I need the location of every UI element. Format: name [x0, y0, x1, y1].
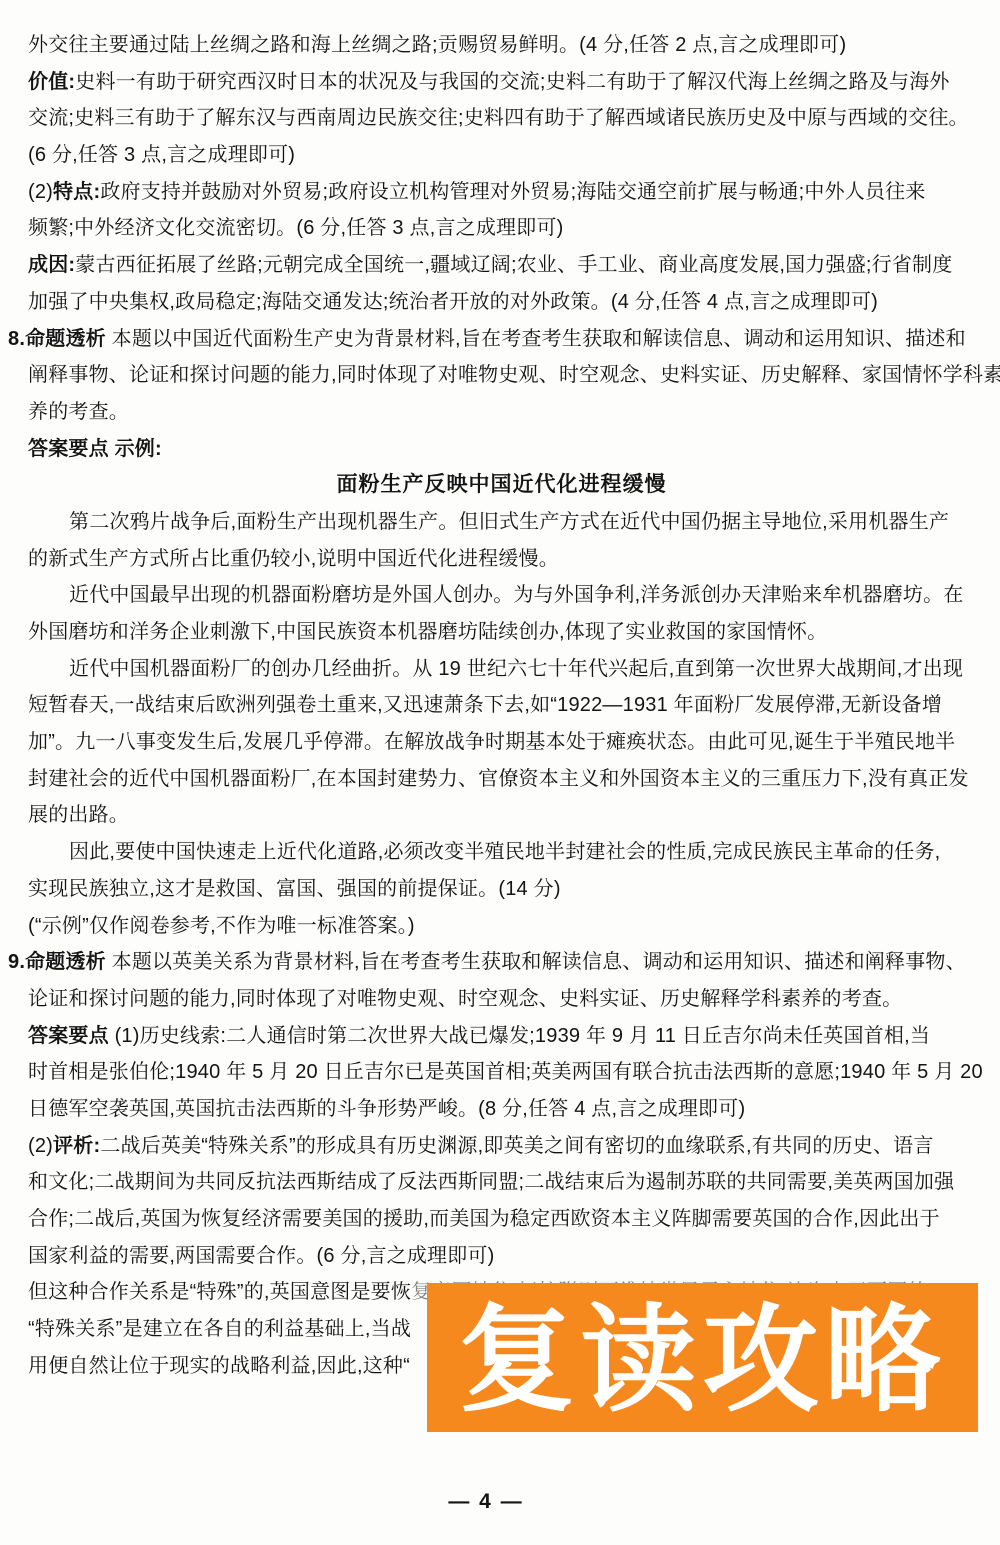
text-segment: 时首相是张伯伦;1940 年 5 月 20 日丘吉尔已是英国首相;英美两国有联合…: [28, 1061, 983, 1083]
text-line: 答案要点 示例:: [28, 431, 975, 468]
text-line: 实现民族独立,这才是救国、富国、强国的前提保证。(14 分): [28, 871, 975, 908]
text-line: (6 分,任答 3 点,言之成理即可): [28, 137, 975, 174]
text-segment: 政府支持并鼓励对外贸易;政府设立机构管理对外贸易;海陆交通空前扩展与畅通;中外人…: [100, 181, 925, 203]
text-line: 养的考查。: [28, 394, 975, 431]
text-segment: 实现民族独立,这才是救国、富国、强国的前提保证。(14 分): [28, 878, 561, 900]
text-line: 短暂春天,一战结束后欧洲列强卷土重来,又迅速萧条下去,如“1922—1931 年…: [28, 687, 975, 724]
promo-banner: 复读攻略: [427, 1283, 978, 1432]
text-segment: 答案要点: [28, 1025, 109, 1047]
text-segment: 加”。九一八事变发生后,发展几乎停滞。在解放战争时期基本处于瘫痪状态。由此可见,…: [28, 731, 955, 753]
text-line: 封建社会的近代中国机器面粉厂,在本国封建势力、官僚资本主义和外国资本主义的三重压…: [28, 761, 975, 798]
text-line: 和文化;二战期间为共同反抗法西斯结成了反法西斯同盟;二战结束后为遏制苏联的共同需…: [28, 1164, 975, 1201]
text-segment: 加强了中央集权,政局稳定;海陆交通发达;统治者开放的对外政策。(4 分,任答 4…: [28, 291, 878, 313]
text-segment: 交流;史料三有助于了解东汉与西南周边民族交往;史料四有助于了解西域诸民族历史及中…: [28, 107, 969, 129]
text-segment: 评析:: [53, 1135, 100, 1157]
essay-title: 面粉生产反映中国近代化进程缓慢: [28, 467, 975, 504]
text-line: 阐释事物、论证和探讨问题的能力,同时体现了对唯物史观、时空观念、史料实证、历史解…: [28, 357, 975, 394]
text-segment: 第二次鸦片战争后,面粉生产出现机器生产。但旧式生产方式在近代中国仍据主导地位,采…: [69, 511, 949, 533]
text-segment: (2): [28, 1135, 53, 1157]
text-segment: 日德军空袭英国,英国抗击法西斯的斗争形势严峻。(8 分,任答 4 点,言之成理即…: [28, 1098, 745, 1120]
text-segment: 养的考查。: [28, 401, 129, 423]
text-segment: (“示例”仅作阅卷参考,不作为唯一标准答案。): [28, 915, 415, 937]
text-segment: (2): [28, 181, 53, 203]
text-segment: 展的出路。: [28, 804, 129, 826]
text-segment: 但这种合作关系是“特殊”的,英国意图是要恢: [28, 1281, 411, 1303]
text-line: 价值:史料一有助于研究西汉时日本的状况及与我国的交流;史料二有助于了解汉代海上丝…: [28, 64, 975, 101]
text-segment: 的新式生产方式所占比重仍较小,说明中国近代化进程缓慢。: [28, 548, 559, 570]
text-line: 成因:蒙古西征拓展了丝路;元朝完成全国统一,疆域辽阔;农业、手工业、商业高度发展…: [28, 247, 975, 284]
text-segment: 近代中国机器面粉厂的创办几经曲折。从 19 世纪六七十年代兴起后,直到第一次世界…: [69, 658, 963, 680]
text-segment: 答案要点: [28, 438, 109, 460]
text-segment: 史料一有助于研究西汉时日本的状况及与我国的交流;史料二有助于了解汉代海上丝绸之路…: [75, 71, 949, 93]
text-segment: 蒙古西征拓展了丝路;元朝完成全国统一,疆域辽阔;农业、手工业、商业高度发展,国力…: [75, 254, 952, 276]
text-segment: “特殊关系”是建立在各自的利益基础上,当战: [28, 1318, 411, 1340]
text-line: 加”。九一八事变发生后,发展几乎停滞。在解放战争时期基本处于瘫痪状态。由此可见,…: [28, 724, 975, 761]
text-segment: 近代中国最早出现的机器面粉磨坊是外国人创办。为与外国争利,洋务派创办天津贻来牟机…: [69, 584, 964, 606]
text-line: 合作;二战后,英国为恢复经济需要美国的援助,而美国为稳定西欧资本主义阵脚需要英国…: [28, 1201, 975, 1238]
text-line: (2)评析:二战后英美“特殊关系”的形成具有历史渊源,即英美之间有密切的血缘联系…: [28, 1128, 975, 1165]
text-segment: 特点:: [53, 181, 100, 203]
text-segment: 面粉生产反映中国近代化进程缓慢: [337, 473, 667, 496]
text-segment: 用便自然让位于现实的战略利益,因此,这种“: [28, 1355, 410, 1377]
text-line: 第二次鸦片战争后,面粉生产出现机器生产。但旧式生产方式在近代中国仍据主导地位,采…: [28, 504, 975, 541]
text-segment: 价值:: [28, 71, 75, 93]
text-line: 8.命题透析 本题以中国近代面粉生产史为背景材料,旨在考查考生获取和解读信息、调…: [8, 321, 975, 358]
text-line: 因此,要使中国快速走上近代化道路,必须改变半殖民地半封建社会的性质,完成民族民主…: [28, 834, 975, 871]
text-segment: 本题以英美关系为背景材料,旨在考查考生获取和解读信息、调动和运用知识、描述和阐释…: [106, 951, 966, 973]
text-segment: 成因:: [28, 254, 75, 276]
text-line: 交流;史料三有助于了解东汉与西南周边民族交往;史料四有助于了解西域诸民族历史及中…: [28, 100, 975, 137]
text-line: 9.命题透析 本题以英美关系为背景材料,旨在考查考生获取和解读信息、调动和运用知…: [8, 944, 975, 981]
page-number: — 4 —: [0, 1490, 972, 1514]
text-segment: 9.命题透析: [8, 951, 106, 973]
text-segment: (6 分,任答 3 点,言之成理即可): [28, 144, 295, 166]
text-line: 的新式生产方式所占比重仍较小,说明中国近代化进程缓慢。: [28, 541, 975, 578]
text-segment: 8.命题透析: [8, 328, 106, 350]
text-line: (“示例”仅作阅卷参考,不作为唯一标准答案。): [28, 908, 975, 945]
text-line: 时首相是张伯伦;1940 年 5 月 20 日丘吉尔已是英国首相;英美两国有联合…: [28, 1054, 975, 1091]
text-line: 频繁;中外经济文化交流密切。(6 分,任答 3 点,言之成理即可): [28, 210, 975, 247]
text-line: 论证和探讨问题的能力,同时体现了对唯物史观、时空观念、史料实证、历史解释学科素养…: [28, 981, 975, 1018]
text-column: 外交往主要通过陆上丝绸之路和海上丝绸之路;贡赐贸易鲜明。(4 分,任答 2 点,…: [28, 27, 975, 1384]
text-segment: 和文化;二战期间为共同反抗法西斯结成了反法西斯同盟;二战结束后为遏制苏联的共同需…: [28, 1171, 954, 1193]
text-line: 近代中国机器面粉厂的创办几经曲折。从 19 世纪六七十年代兴起后,直到第一次世界…: [28, 651, 975, 688]
text-segment: 论证和探讨问题的能力,同时体现了对唯物史观、时空观念、史料实证、历史解释学科素养…: [28, 988, 902, 1010]
text-segment: 短暂春天,一战结束后欧洲列强卷土重来,又迅速萧条下去,如“1922—1931 年…: [28, 694, 942, 716]
text-line: 答案要点 (1)历史线索:二人通信时第二次世界大战已爆发;1939 年 9 月 …: [28, 1018, 975, 1055]
text-segment: (1)历史线索:二人通信时第二次世界大战已爆发;1939 年 9 月 11 日丘…: [109, 1025, 930, 1047]
text-segment: 二战后英美“特殊关系”的形成具有历史渊源,即英美之间有密切的血缘联系,有共同的历…: [100, 1135, 933, 1157]
text-line: 外国磨坊和洋务企业刺激下,中国民族资本机器磨坊陆续创办,体现了实业救国的家国情怀…: [28, 614, 975, 651]
text-segment: 外国磨坊和洋务企业刺激下,中国民族资本机器磨坊陆续创办,体现了实业救国的家国情怀…: [28, 621, 827, 643]
text-segment: 合作;二战后,英国为恢复经济需要美国的援助,而美国为稳定西欧资本主义阵脚需要英国…: [28, 1208, 940, 1230]
text-segment: 示例:: [109, 438, 162, 460]
text-segment: 本题以中国近代面粉生产史为背景材料,旨在考查考生获取和解读信息、调动和运用知识、…: [106, 328, 966, 350]
text-line: 外交往主要通过陆上丝绸之路和海上丝绸之路;贡赐贸易鲜明。(4 分,任答 2 点,…: [28, 27, 975, 64]
text-segment: 封建社会的近代中国机器面粉厂,在本国封建势力、官僚资本主义和外国资本主义的三重压…: [28, 768, 969, 790]
text-line: 日德军空袭英国,英国抗击法西斯的斗争形势严峻。(8 分,任答 4 点,言之成理即…: [28, 1091, 975, 1128]
text-segment: 国家利益的需要,两国需要合作。(6 分,言之成理即可): [28, 1245, 495, 1267]
text-line: (2)特点:政府支持并鼓励对外贸易;政府设立机构管理对外贸易;海陆交通空前扩展与…: [28, 174, 975, 211]
text-segment: 频繁;中外经济文化交流密切。(6 分,任答 3 点,言之成理即可): [28, 217, 564, 239]
text-line: 展的出路。: [28, 797, 975, 834]
text-line: 近代中国最早出现的机器面粉磨坊是外国人创办。为与外国争利,洋务派创办天津贻来牟机…: [28, 577, 975, 614]
text-segment: 阐释事物、论证和探讨问题的能力,同时体现了对唯物史观、时空观念、史料实证、历史解…: [28, 364, 1000, 386]
text-segment: 外交往主要通过陆上丝绸之路和海上丝绸之路;贡赐贸易鲜明。(4 分,任答 2 点,…: [28, 34, 846, 56]
scanned-answer-page: 外交往主要通过陆上丝绸之路和海上丝绸之路;贡赐贸易鲜明。(4 分,任答 2 点,…: [0, 0, 1000, 1545]
text-segment: 因此,要使中国快速走上近代化道路,必须改变半殖民地半封建社会的性质,完成民族民主…: [69, 841, 940, 863]
text-line: 国家利益的需要,两国需要合作。(6 分,言之成理即可): [28, 1238, 975, 1275]
promo-banner-label: 复读攻略: [459, 1302, 947, 1418]
text-line: 加强了中央集权,政局稳定;海陆交通发达;统治者开放的对外政策。(4 分,任答 4…: [28, 284, 975, 321]
